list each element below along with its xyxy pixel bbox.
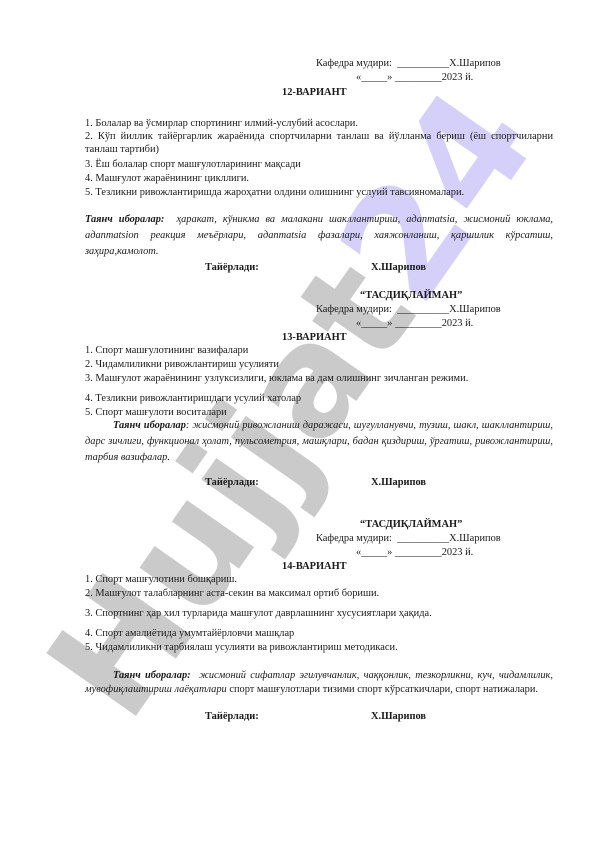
- question-item: 1. Спорт машғулотини бошқариш.: [85, 573, 237, 586]
- signature-blank: __________: [397, 58, 449, 69]
- variant-title: 12-ВАРИАНТ: [282, 86, 347, 99]
- question-item: 4. Машғулот жараёнининг цикллиги.: [85, 172, 249, 185]
- prepared-label: Тайёрлади:: [205, 262, 259, 273]
- question-item: 5. Чидамлиликни тарбиялаш усулияти ва ри…: [85, 641, 398, 654]
- head-label: Кафедра мудири:: [316, 58, 392, 69]
- question-item: 1. Спорт машғулотининг вазифалари: [85, 344, 248, 357]
- question-item: 4. Тезликни ривожлантиришдаги усулий хат…: [85, 392, 301, 405]
- question-item: 5. Тезликни ривожлантиришда жароҳатни ол…: [85, 186, 464, 199]
- question-item: 3. Спортнинг ҳар хил турларида машғулот …: [85, 607, 432, 620]
- prepared-name: Х.Шарипов: [371, 477, 426, 488]
- keywords-label: Таянч иборалар:: [85, 214, 164, 225]
- head-approval-line: Кафедра мудири: __________Х.Шарипов: [316, 303, 501, 316]
- prepared-name: Х.Шарипов: [371, 262, 426, 273]
- head-name: Х.Шарипов: [449, 58, 501, 69]
- keywords-label: Таянч иборалар:: [113, 670, 191, 681]
- head-name: Х.Шарипов: [449, 304, 501, 315]
- question-item: 2. Машғулот талабларнинг аста-секин ва м…: [85, 587, 379, 600]
- keywords-text-plain: спорт машғулотлари тизими спорт кўрсатки…: [227, 684, 538, 695]
- keywords-paragraph: Таянч иборалар: жисмоний ривожланиш дара…: [85, 418, 553, 466]
- keywords-paragraph: Таянч иборалар: жисмоний сифатлар эгилув…: [85, 669, 553, 697]
- prepared-label: Тайёрлади:: [205, 477, 259, 488]
- approval-title: “ТАСДИҚЛАЙМАН”: [360, 289, 462, 302]
- head-approval-line: Кафедра мудири: __________Х.Шарипов: [316, 57, 501, 70]
- prepared-label: Тайёрлади:: [205, 711, 259, 722]
- head-label: Кафедра мудири:: [316, 304, 392, 315]
- head-approval-line: Кафедра мудири: __________Х.Шарипов: [316, 532, 501, 545]
- signature-blank: __________: [397, 304, 449, 315]
- question-item: 2. Чидамлиликни ривожлантириш усулияти: [85, 358, 279, 371]
- keywords-paragraph: Таянч иборалар: ҳаракат, кўникма ва мала…: [85, 212, 553, 260]
- question-item: 1. Болалар ва ўсмирлар спортининг илмий-…: [85, 117, 358, 130]
- head-name: Х.Шарипов: [449, 533, 501, 544]
- variant-title: 14-ВАРИАНТ: [282, 560, 347, 573]
- question-item: 3. Ёш болалар спорт машғулотларининг мақ…: [85, 158, 301, 171]
- variant-title: 13-ВАРИАНТ: [282, 331, 347, 344]
- prepared-name: Х.Шарипов: [371, 711, 426, 722]
- head-label: Кафедра мудири:: [316, 533, 392, 544]
- date-line: «_____» _________2023 й.: [356, 317, 473, 330]
- question-item: 2. Кўп йиллик тайёргарлик жараёнида спор…: [85, 131, 553, 156]
- question-item: 3. Машғулот жараёнининг узлуксизлиги, юк…: [85, 372, 468, 385]
- date-line: «_____» _________2023 й.: [356, 546, 473, 559]
- document-page: Кафедра мудири: __________Х.Шарипов «___…: [0, 0, 596, 842]
- approval-title: “ТАСДИҚЛАЙМАН”: [360, 518, 462, 531]
- question-item: 4. Спорт амалиётида умумтайёрловчи машқл…: [85, 627, 294, 640]
- signature-blank: __________: [397, 533, 449, 544]
- date-line: «_____» _________2023 й.: [356, 71, 473, 84]
- keywords-label: Таянч иборалар: [113, 420, 186, 431]
